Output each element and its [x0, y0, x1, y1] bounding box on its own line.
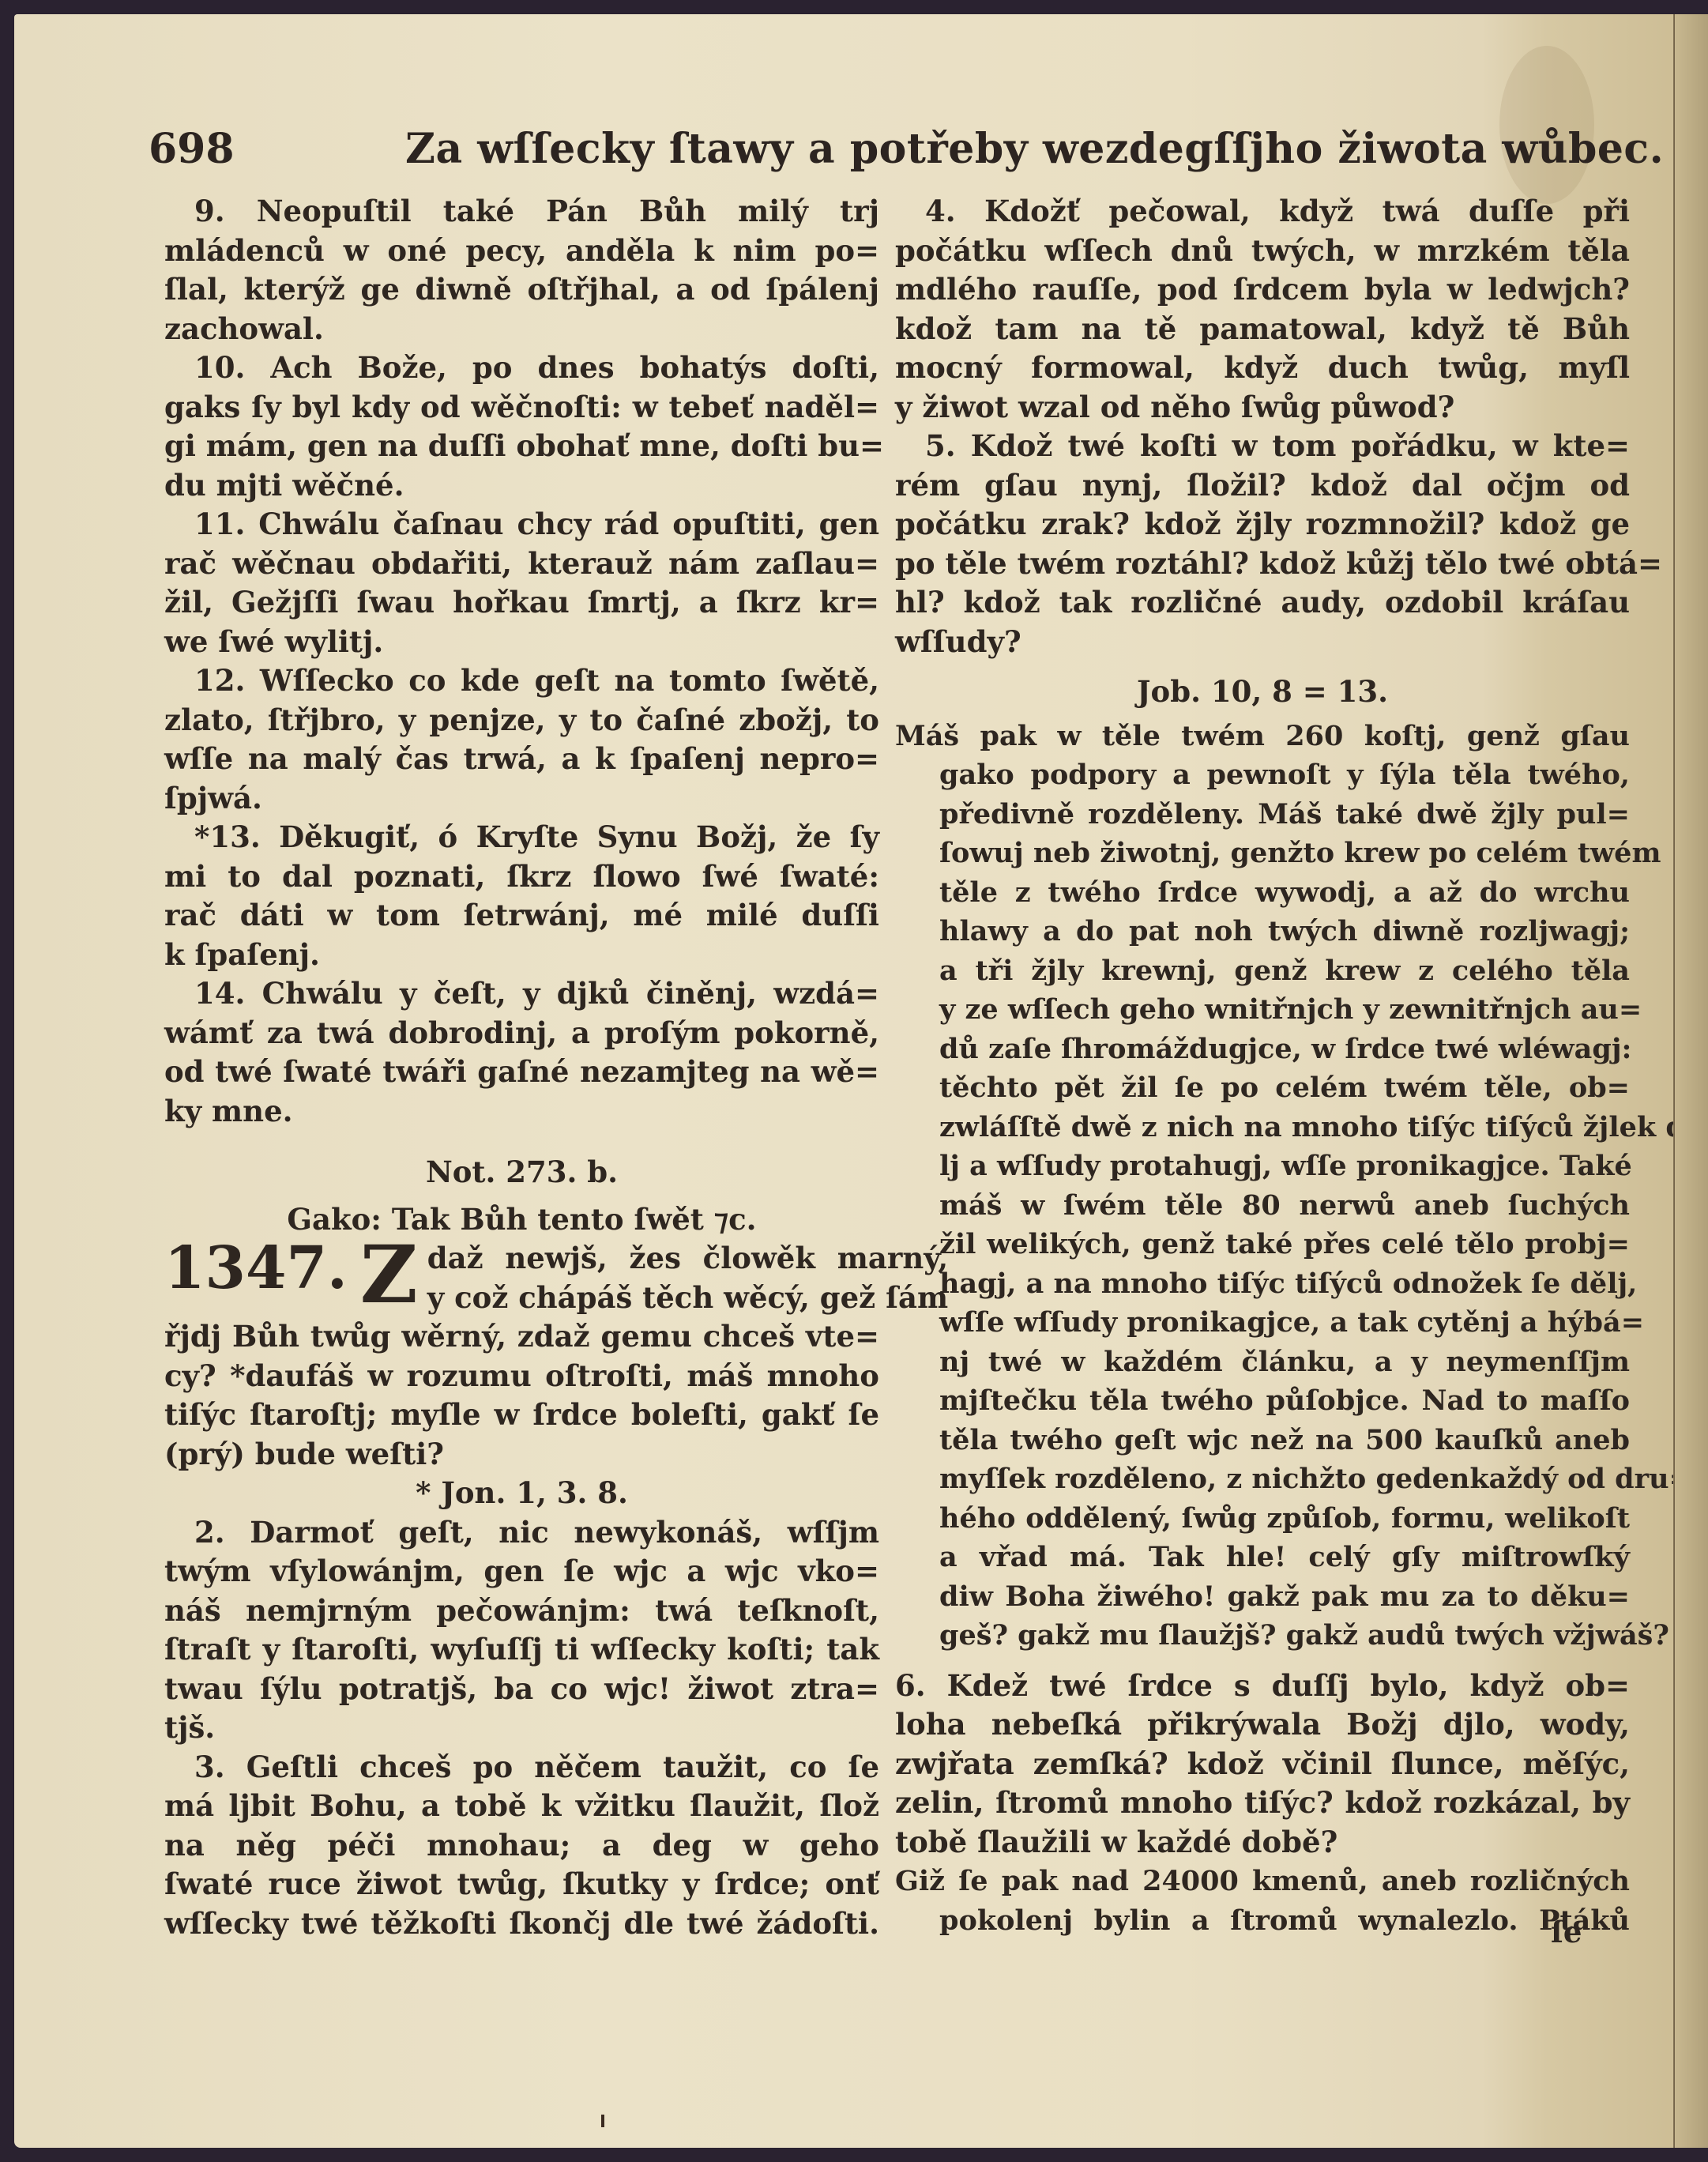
text-line: 6. Kdež twé ſrdce s duſſj bylo, když ob=	[895, 1667, 1630, 1706]
text-line: mládenců w oné pecy, anděla k nim po=	[164, 232, 879, 271]
text-line: 2. Darmoť geſt, nic newykonáš, wſſjm	[164, 1513, 879, 1553]
scripture-reference: Job. 10, 8 = 13.	[895, 672, 1630, 712]
text-line: rém gſau nynj, ſložil? kdož dal očjm od	[895, 466, 1630, 506]
left-column: 9. Neopuſtil také Pán Bůh milý trj mláde…	[164, 192, 879, 1943]
hymn-stanza-2: 2. Darmoť geſt, nic newykonáš, wſſjm twý…	[164, 1513, 879, 1748]
text-line: loha nebeſká přikrýwala Božj djlo, wody,	[895, 1705, 1630, 1745]
text-line: wſſudy?	[895, 623, 1630, 662]
stanza-9: 9. Neopuſtil také Pán Bůh milý trj mláde…	[164, 192, 879, 348]
drop-cap: Z	[360, 1239, 418, 1310]
text-line: geš? gakž mu ſlaužjš? gakž audů twých vž…	[895, 1616, 1630, 1655]
text-line: du mjti wěčné.	[164, 466, 879, 506]
text-line: má ljbit Bohu, a tobě k vžitku ſlaužit, …	[164, 1787, 879, 1826]
text-line: počátku wſſech dnů twých, w mrzkém těla	[895, 232, 1630, 271]
book-spine-edge	[1675, 14, 1708, 2148]
text-line: *13. Děkugiť, ó Kryſte Synu Božj, že ſy	[164, 818, 879, 857]
text-line: lj a wſſudy protahugj, wſſe pronikagjce.…	[895, 1147, 1630, 1186]
stanza-10: 10. Ach Bože, po dnes bohatýs doſti, gak…	[164, 348, 879, 505]
text-line: daž newjš, žes člowěk marný,	[427, 1239, 948, 1279]
text-line: mjſtečku těla twého půſobjce. Nad to maſ…	[895, 1381, 1630, 1421]
text-line: hl? kdož tak rozličné audy, ozdobil kráſ…	[895, 583, 1630, 623]
text-line: Giž ſe pak nad 24000 kmenů, aneb rozličn…	[895, 1862, 1630, 1901]
text-line: mdlého rauſſe, pod ſrdcem byla w ledwjch…	[895, 270, 1630, 310]
text-line: hagj, a na mnoho tiſýc tiſýců odnožek ſe…	[895, 1264, 1630, 1304]
text-line: diw Boha žiwého! gakž pak mu za to děku=	[895, 1577, 1630, 1617]
text-line: gi mám, gen na duſſi obohať mne, doſti b…	[164, 427, 879, 466]
text-line: 14. Chwálu y čeſt, y djků činěnj, wzdá=	[164, 974, 879, 1014]
text-line: y žiwot wzal od něho ſwůg půwod?	[895, 388, 1630, 428]
hymn-stanza-3: 3. Geſtli chceš po něčem taužit, co ſe m…	[164, 1748, 879, 1944]
text-line: gako podpory a pewnoſt y ſýla těla twého…	[895, 755, 1630, 795]
text-line: 9. Neopuſtil také Pán Bůh milý trj	[164, 192, 879, 232]
text-line: žil welikých, genž také přes celé tělo p…	[895, 1225, 1630, 1264]
hymn-stanza-5: 5. Kdož twé koſti w tom pořádku, w kte= …	[895, 427, 1630, 661]
hymn-heading: 1347. Z daž newjš, žes člowěk marný, y c…	[164, 1239, 879, 1317]
text-line: dů zaſe ſhromáždugjce, w ſrdce twé wléwa…	[895, 1030, 1630, 1069]
text-line: ſtraſt y ſtaroſti, wyſuſſj ti wſſecky ko…	[164, 1630, 879, 1670]
text-line: 5. Kdož twé koſti w tom pořádku, w kte=	[895, 427, 1630, 466]
text-line: a vřad má. Tak hle! celý gſy miſtrowſký	[895, 1538, 1630, 1577]
text-line: we ſwé wylitj.	[164, 623, 879, 662]
text-line: ſowuj neb žiwotnj, genžto krew po celém …	[895, 834, 1630, 873]
hymn-stanza-4: 4. Kdožť pečowal, když twá duſſe při poč…	[895, 192, 1630, 427]
text-line: rač wěčnau obdařiti, kterauž nám zaſlau=	[164, 544, 879, 584]
text-line: náš nemjrným pečowánjm: twá teſknoſt,	[164, 1591, 879, 1631]
text-line: 4. Kdožť pečowal, když twá duſſe při	[895, 192, 1630, 232]
text-line: hého oddělený, ſwůg způſob, formu, welik…	[895, 1499, 1630, 1539]
text-line: k ſpaſenj.	[164, 936, 879, 975]
text-line: od twé ſwaté twáři gaſné nezamjteg na wě…	[164, 1053, 879, 1092]
page-number: 698	[149, 125, 235, 173]
text-line: po těle twém roztáhl? kdož kůžj tělo twé…	[895, 544, 1630, 584]
running-title: Za wſſecky ſtawy a potřeby wezdegſſjho ž…	[405, 125, 1664, 173]
text-line: počátku zrak? kdož žjly rozmnožil? kdož …	[895, 505, 1630, 544]
text-line: ſwaté ruce žiwot twůg, ſkutky y ſrdce; o…	[164, 1865, 879, 1904]
text-line: mocný formowal, když duch twůg, myſl	[895, 348, 1630, 388]
running-head: 698 Za wſſecky ſtawy a potřeby wezdegſſj…	[149, 125, 1492, 180]
text-line: (prý) bude weſti?	[164, 1435, 879, 1475]
text-line: twým vſylowánjm, gen ſe wjc a wjc vko=	[164, 1552, 879, 1591]
text-line: hlawy a do pat noh twých diwně rozljwagj…	[895, 912, 1630, 951]
text-line: cy? *daufáš w rozumu oſtroſti, máš mnoho	[164, 1357, 879, 1396]
text-line: ſlal, kterýž ge diwně oſtřjhal, a od ſpá…	[164, 270, 879, 310]
text-line: ky mne.	[164, 1092, 879, 1132]
text-line: y ze wſſech geho wnitřnjch y zewnitřnjch…	[895, 990, 1630, 1030]
text-line: zachowal.	[164, 310, 879, 349]
hymn-stanza-6: 6. Kdež twé ſrdce s duſſj bylo, když ob=…	[895, 1667, 1630, 1863]
text-line: máš w ſwém těle 80 nerwů aneb ſuchých	[895, 1186, 1630, 1226]
text-line: gaks ſy byl kdy od wěčnoſti: w tebeť nad…	[164, 388, 879, 428]
text-line: na něg péči mnohau; a deg w geho	[164, 1826, 879, 1866]
stanza-12: 12. Wſſecko co kde geſt na tomto ſwětě, …	[164, 661, 879, 818]
text-line: wſſe na malý čas trwá, a k ſpaſenj nepro…	[164, 740, 879, 779]
hymn-number: 1347.	[164, 1239, 348, 1298]
text-line: těchto pět žil ſe po celém twém těle, ob…	[895, 1068, 1630, 1108]
hymn-melody: Gako: Tak Bůh tento ſwět ⁊c.	[164, 1200, 879, 1240]
text-line: řjdj Bůh twůg wěrný, zdaž gemu chceš vte…	[164, 1317, 879, 1357]
text-line: těla twého geſt wjc než na 500 kauſků an…	[895, 1421, 1630, 1460]
hymn-notation: Not. 273. b.	[164, 1153, 879, 1192]
text-line: předivně rozděleny. Máš také dwě žjly pu…	[895, 795, 1630, 834]
text-line: těle z twého ſrdce wywodj, a až do wrchu	[895, 873, 1630, 913]
book-page: 698 Za wſſecky ſtawy a potřeby wezdegſſj…	[14, 14, 1681, 2148]
text-line: tjš.	[164, 1708, 879, 1748]
stanza-14: 14. Chwálu y čeſt, y djků činěnj, wzdá= …	[164, 974, 879, 1131]
text-line: a tři žjly krewnj, genž krew z celého tě…	[895, 951, 1630, 991]
text-line: pokolenj bylin a ſtromů wynalezlo. Ptáků	[895, 1901, 1630, 1941]
text-line: žil, Gežjſſi ſwau hořkau ſmrtj, a ſkrz k…	[164, 583, 879, 623]
text-line: 3. Geſtli chceš po něčem taužit, co ſe	[164, 1748, 879, 1787]
text-line: 12. Wſſecko co kde geſt na tomto ſwětě,	[164, 661, 879, 701]
text-line: wſſe wſſudy pronikagjce, a tak cytěnj a …	[895, 1303, 1630, 1343]
text-line: zelin, ſtromů mnoho tiſýc? kdož rozkázal…	[895, 1783, 1630, 1823]
text-line: y což chápáš těch wěcý, gež ſám	[427, 1279, 948, 1318]
text-line: tiſýc ſtaroſtj; myſle w ſrdce boleſti, g…	[164, 1396, 879, 1435]
text-line: twau ſýlu potratjš, ba co wjc! žiwot ztr…	[164, 1670, 879, 1709]
scripture-reference: * Jon. 1, 3. 8.	[164, 1474, 879, 1513]
text-line: tobě ſlaužili w každé době?	[895, 1823, 1630, 1863]
footnote-anatomy: Máš pak w těle twém 260 koſtj, genž gſau…	[895, 717, 1630, 1655]
text-line: kdož tam na tě pamatowal, když tě Bůh	[895, 310, 1630, 349]
stanza-11: 11. Chwálu čaſnau chcy rád opuſtiti, gen…	[164, 505, 879, 661]
right-column: 4. Kdožť pečowal, když twá duſſe při poč…	[895, 192, 1630, 1940]
text-line: rač dáti w tom ſetrwánj, mé milé duſſi	[164, 896, 879, 936]
text-line: 10. Ach Bože, po dnes bohatýs doſti,	[164, 348, 879, 388]
text-line: Máš pak w těle twém 260 koſtj, genž gſau	[895, 717, 1630, 756]
footnote-plants: Giž ſe pak nad 24000 kmenů, aneb rozličn…	[895, 1862, 1630, 1940]
text-line: zwjřata zemſká? kdož včinil ſlunce, měſý…	[895, 1745, 1630, 1784]
text-line: zlato, ſtřjbro, y penjze, y to čaſné zbo…	[164, 701, 879, 740]
text-line: mi to dal poznati, ſkrz ſlowo ſwé ſwaté:	[164, 857, 879, 897]
text-line: zwláſſtě dwě z nich na mnoho tiſýc tiſýc…	[895, 1108, 1630, 1147]
stanza-13: *13. Děkugiť, ó Kryſte Synu Božj, že ſy …	[164, 818, 879, 974]
ink-mark	[601, 2115, 604, 2127]
text-line: nj twé w každém článku, a y neymenſſjm	[895, 1343, 1630, 1382]
text-line: wámť za twá dobrodinj, a proſým pokorně,	[164, 1014, 879, 1053]
text-line: 11. Chwálu čaſnau chcy rád opuſtiti, gen	[164, 505, 879, 544]
text-line: wſſecky twé těžkoſti ſkončj dle twé žádo…	[164, 1904, 879, 1944]
text-line: ſpjwá.	[164, 779, 879, 819]
catchword: ſe	[1551, 1915, 1582, 1949]
text-line: myſſek rozděleno, z nichžto gedenkaždý o…	[895, 1460, 1630, 1499]
